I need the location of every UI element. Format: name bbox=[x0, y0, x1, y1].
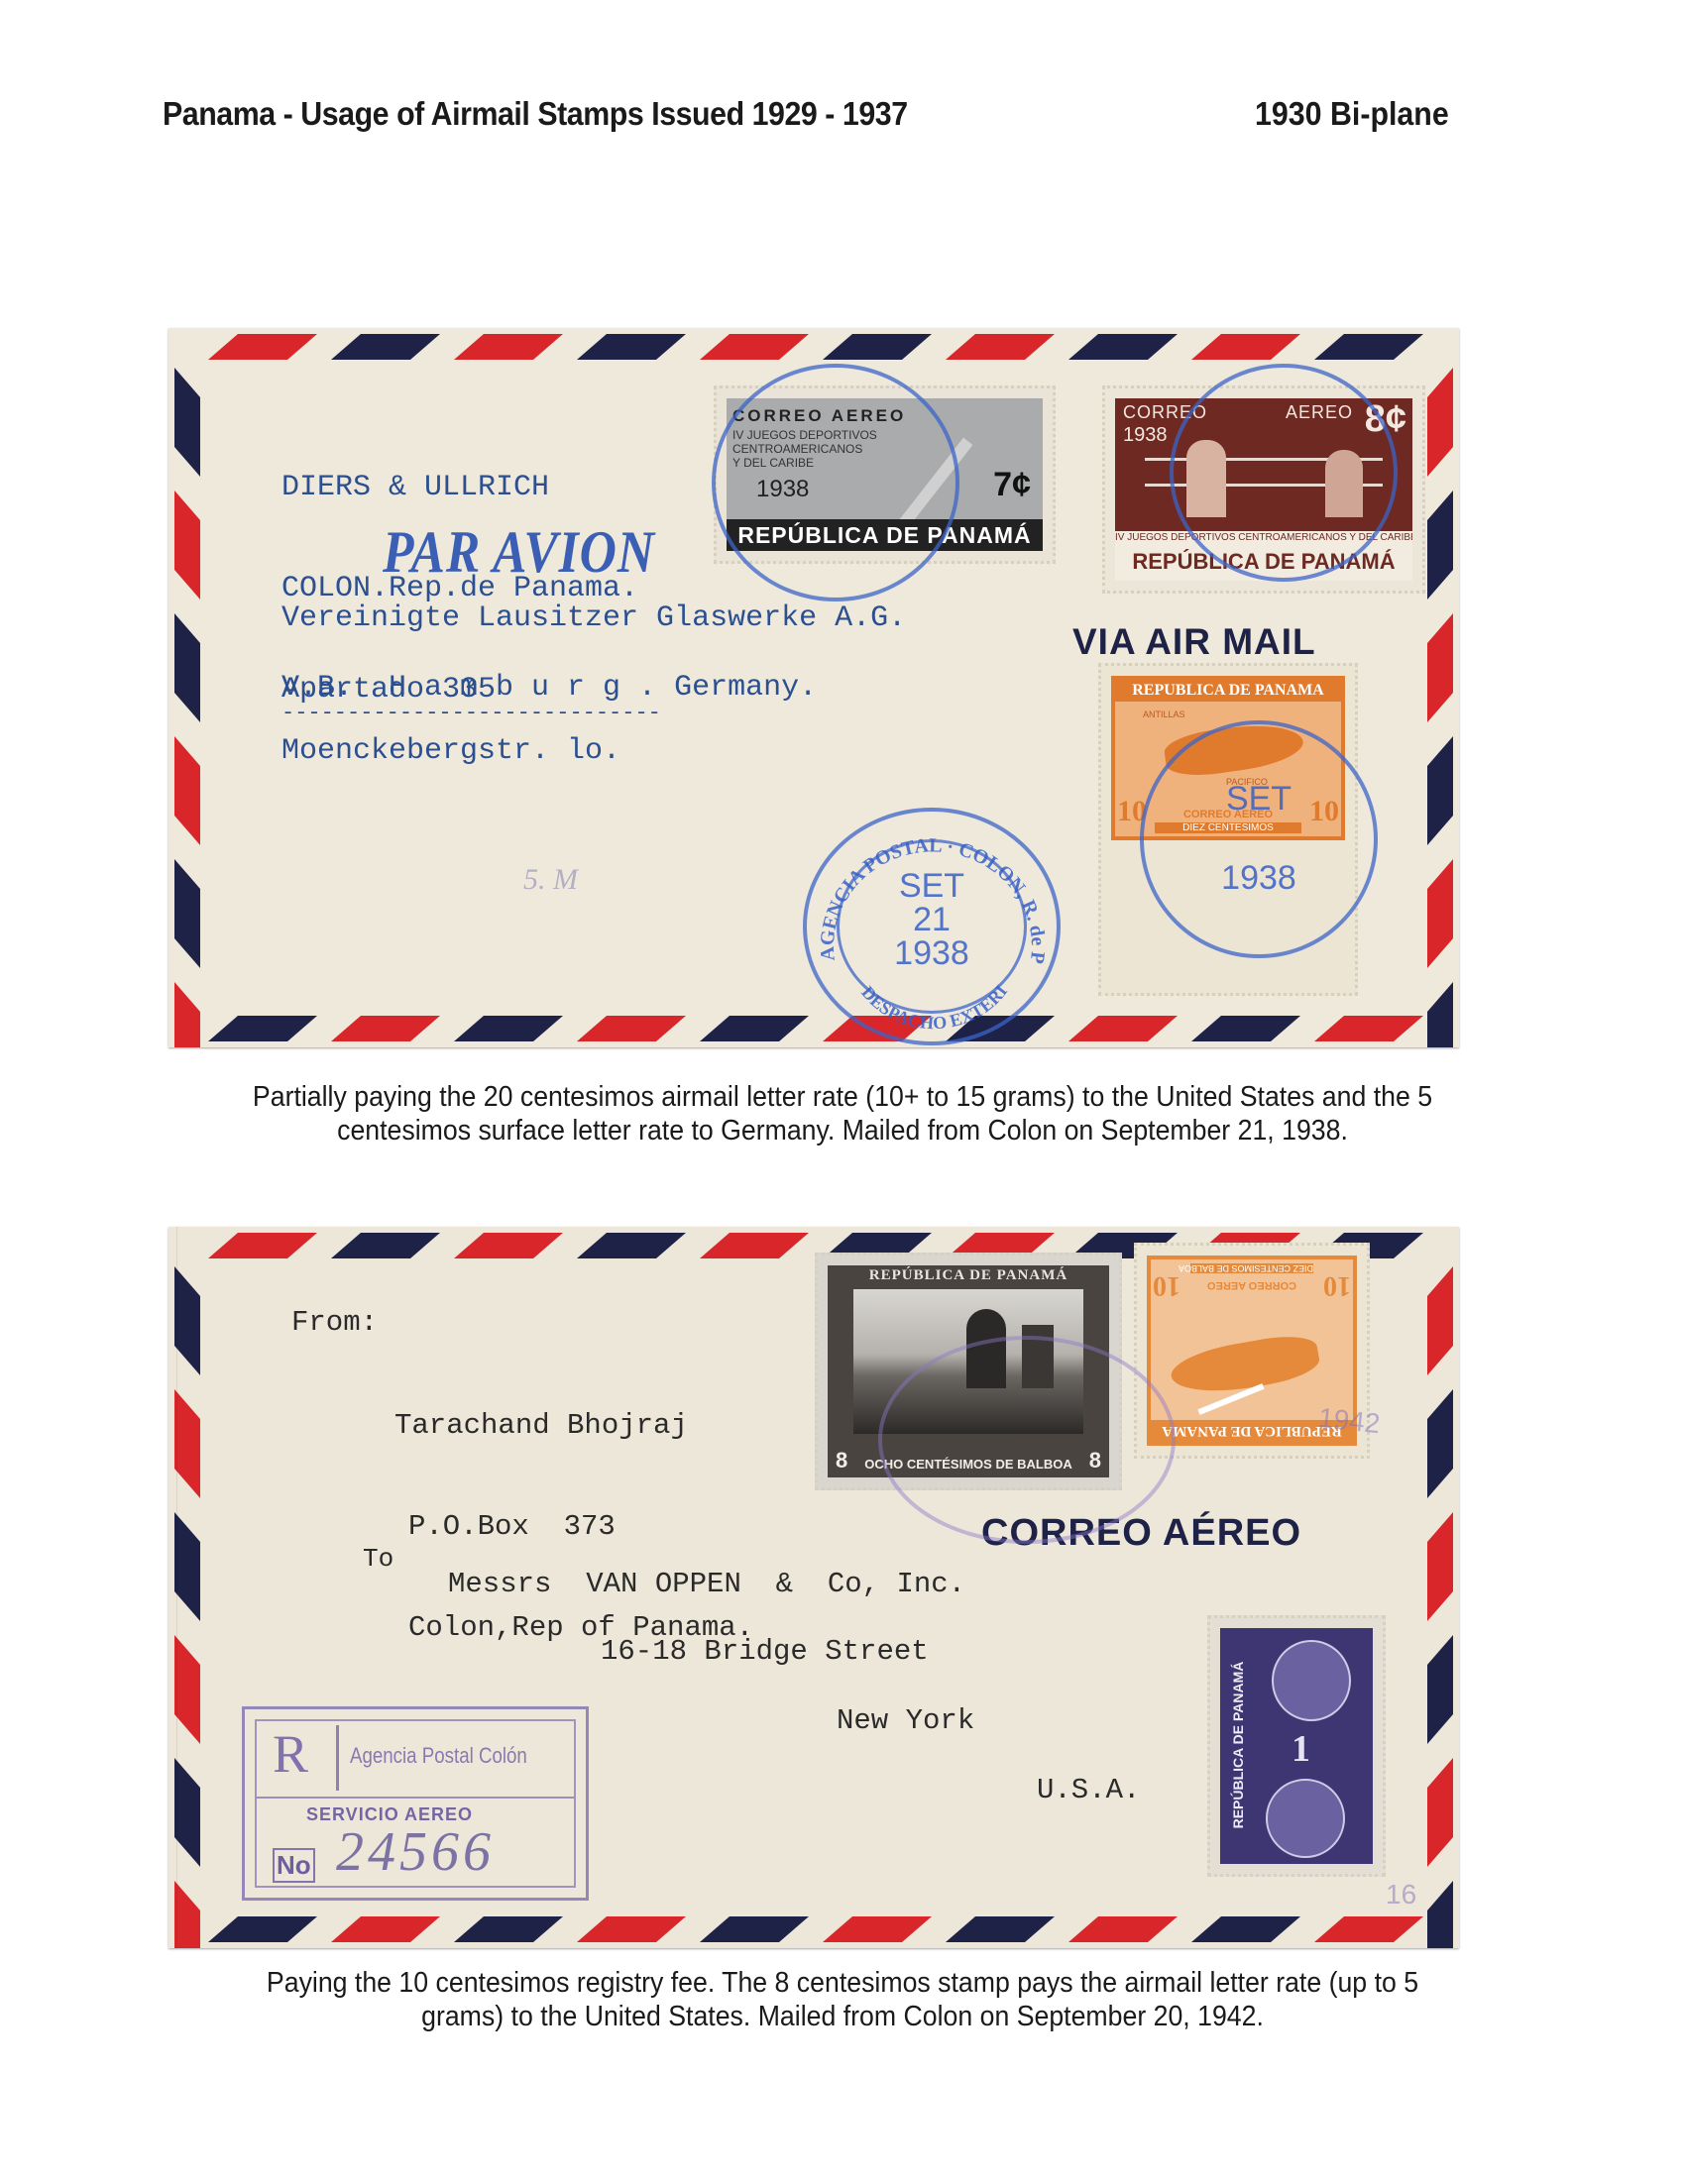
postmark-on-7c bbox=[712, 364, 959, 601]
map-label: ANTILLAS bbox=[1143, 710, 1185, 719]
caption-text: Paying the 10 centesimos registry fee. T… bbox=[232, 1966, 1454, 2033]
recipient-line: 16-18 Bridge Street bbox=[601, 1635, 929, 1668]
page-subtitle: 1930 Bi-plane bbox=[1255, 95, 1449, 133]
sender-line: DIERS & ULLRICH bbox=[281, 471, 638, 504]
registration-number: 24566 bbox=[336, 1820, 495, 1884]
par-avion-handstamp: PAR AVION bbox=[383, 518, 655, 587]
postmark-date: SET 21 1938 bbox=[882, 869, 981, 970]
stamp-value: 10 bbox=[1153, 1269, 1180, 1301]
postmark-1942 bbox=[878, 1336, 1176, 1544]
registration-letter: R bbox=[273, 1723, 308, 1785]
stamp-header: REPÚBLICA DE PANAMÁ bbox=[828, 1267, 1109, 1284]
page-title: Panama - Usage of Airmail Stamps Issued … bbox=[163, 95, 908, 133]
recipient-address: Vereinigte Lausitzer Glaswerke A.G. V.B.… bbox=[281, 601, 353, 804]
from-label: From: bbox=[291, 1306, 378, 1339]
stamp-value: 10 bbox=[1323, 1269, 1351, 1301]
censor-tape-edge bbox=[168, 1227, 177, 1948]
caption-text: Partially paying the 20 centesimos airma… bbox=[232, 1080, 1454, 1147]
recipient-line: Moenckebergstr. lo. bbox=[281, 734, 620, 768]
stamp-footer: DIEZ CENTESIMOS DE BALBOA bbox=[1190, 1263, 1313, 1273]
registration-box: R Agencia Postal Colón SERVICIO AEREO No… bbox=[242, 1706, 589, 1901]
pencil-note: 5. M bbox=[523, 863, 578, 897]
stamp-value: 8 bbox=[836, 1448, 847, 1474]
recipient-line: U.S.A. bbox=[1037, 1774, 1140, 1806]
cover-1942-envelope: From: Tarachand Bhojraj P.O.Box 373 Colo… bbox=[168, 1227, 1459, 1948]
postmark-month: SET bbox=[882, 869, 981, 903]
postmark-date-10c: SET 1938 bbox=[1209, 782, 1308, 895]
stamp-side-text: REPÚBLICA DE PANAMÁ bbox=[1230, 1636, 1246, 1854]
recipient-line: ----------------------------- bbox=[281, 701, 661, 725]
portrait-medallion bbox=[1272, 1640, 1351, 1721]
portrait-medallion bbox=[1266, 1779, 1345, 1858]
postmark-year: 1938 bbox=[1209, 861, 1308, 895]
cover-2-caption: Paying the 10 centesimos registry fee. T… bbox=[178, 1966, 1507, 2033]
postmark-on-8c bbox=[1170, 364, 1398, 582]
recipient-line: Vereinigte Lausitzer Glaswerke A.G. bbox=[281, 601, 906, 635]
recipient-line: Messrs VAN OPPEN & Co, Inc. bbox=[448, 1568, 965, 1600]
postmark-month: SET bbox=[1209, 782, 1308, 816]
sender-line: Tarachand Bhojraj bbox=[394, 1409, 753, 1443]
registration-no-label: No bbox=[273, 1848, 315, 1883]
via-air-mail-label: VIA AIR MAIL bbox=[1072, 621, 1316, 663]
stamp-value: 1 bbox=[1292, 1727, 1310, 1771]
postmark-day: 21 bbox=[882, 903, 981, 936]
cover-1-caption: Partially paying the 20 centesimos airma… bbox=[178, 1080, 1507, 1147]
postmark-day-text: 16 bbox=[1386, 1879, 1416, 1911]
registration-office: Agencia Postal Colón bbox=[350, 1743, 527, 1769]
stamp-1c-cancer-fund: REPÚBLICA DE PANAMÁ 1 CENTESIMO DE BALBO… bbox=[1207, 1615, 1386, 1877]
recipient-line: V.B. H a m b u r g . Germany. bbox=[281, 671, 817, 705]
stamp-footer: CORREO AEREO bbox=[1200, 1279, 1303, 1291]
recipient-line: New York bbox=[837, 1704, 974, 1737]
postmark-year: 1938 bbox=[882, 936, 981, 970]
to-label: To bbox=[363, 1544, 393, 1574]
cover-1938-envelope: DIERS & ULLRICH COLON.Rep.de Panama. Apa… bbox=[168, 328, 1459, 1047]
sender-line: P.O.Box 373 bbox=[394, 1510, 753, 1544]
stamp-header: REPUBLICA DE PANAMA bbox=[1115, 680, 1341, 702]
postmark-year-text: 1942 bbox=[1316, 1402, 1381, 1440]
postmark-agencia-postal-colon: AGENCIA POSTAL · COLON, R. de P. DESPACH… bbox=[803, 808, 1061, 1045]
stamp-value: 7¢ bbox=[993, 466, 1031, 504]
